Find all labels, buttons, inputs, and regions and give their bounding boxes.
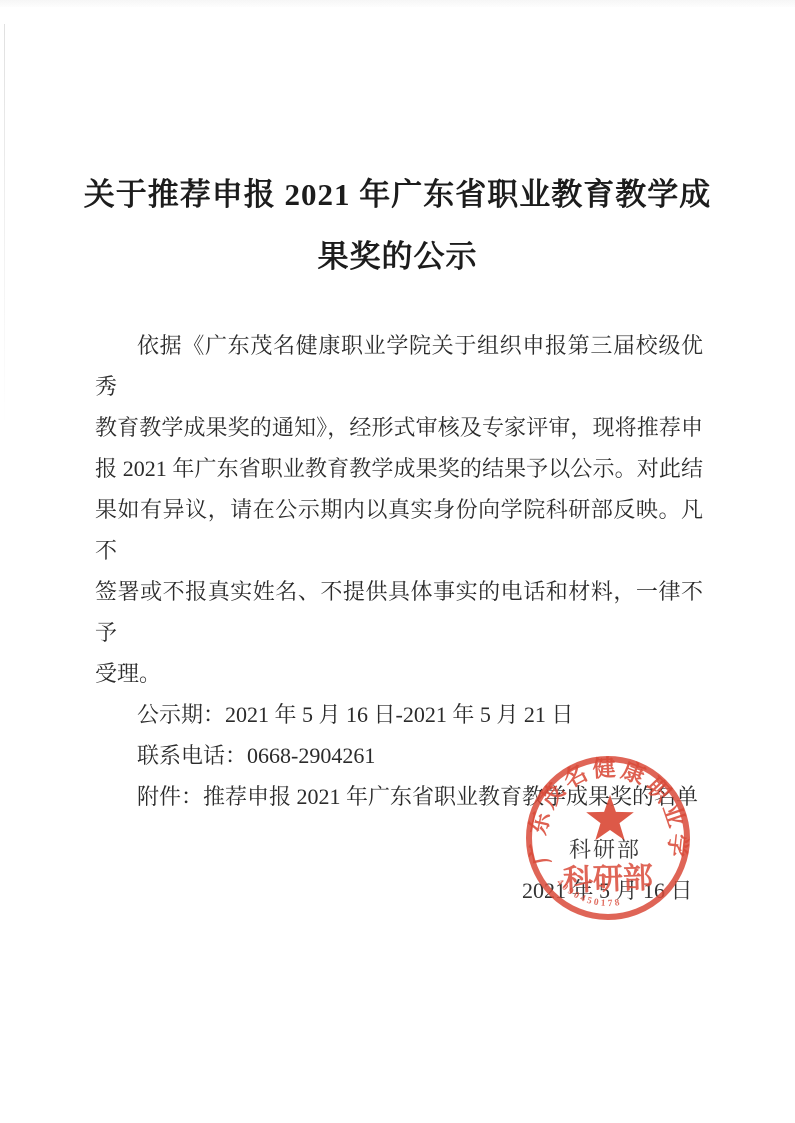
document-title: 关于推荐申报 2021 年广东省职业教育教学成 果奖的公示 bbox=[60, 164, 735, 288]
publicity-period-line: 公示期：2021 年 5 月 16 日-2021 年 5 月 21 日 bbox=[95, 694, 703, 735]
official-seal: 广东茂名健康职业学院 科研部 4090450178 bbox=[522, 752, 694, 924]
scan-edge-left bbox=[4, 24, 5, 424]
paragraph-line: 教育教学成果奖的通知》，经形式审核及专家评审，现将推荐申 bbox=[95, 407, 703, 448]
paragraph-line: 受理。 bbox=[95, 653, 703, 694]
paragraph-line: 果如有异议，请在公示期内以真实身份向学院科研部反映。凡不 bbox=[95, 489, 703, 571]
paragraph-line: 签署或不报真实姓名、不提供具体事实的电话和材料，一律不予 bbox=[95, 571, 703, 653]
document-title-line-1: 关于推荐申报 2021 年广东省职业教育教学成 bbox=[60, 164, 735, 226]
document-page: 关于推荐申报 2021 年广东省职业教育教学成 果奖的公示 依据《广东茂名健康职… bbox=[0, 0, 795, 1123]
star-icon bbox=[586, 795, 634, 840]
scan-edge-top bbox=[0, 0, 795, 7]
paragraph-line: 依据《广东茂名健康职业学院关于组织申报第三届校级优秀 bbox=[95, 325, 703, 407]
document-title-line-2: 果奖的公示 bbox=[60, 226, 735, 288]
paragraph-line: 报 2021 年广东省职业教育教学成果奖的结果予以公示。对此结 bbox=[95, 448, 703, 489]
document-body: 依据《广东茂名健康职业学院关于组织申报第三届校级优秀 教育教学成果奖的通知》，经… bbox=[95, 325, 703, 817]
